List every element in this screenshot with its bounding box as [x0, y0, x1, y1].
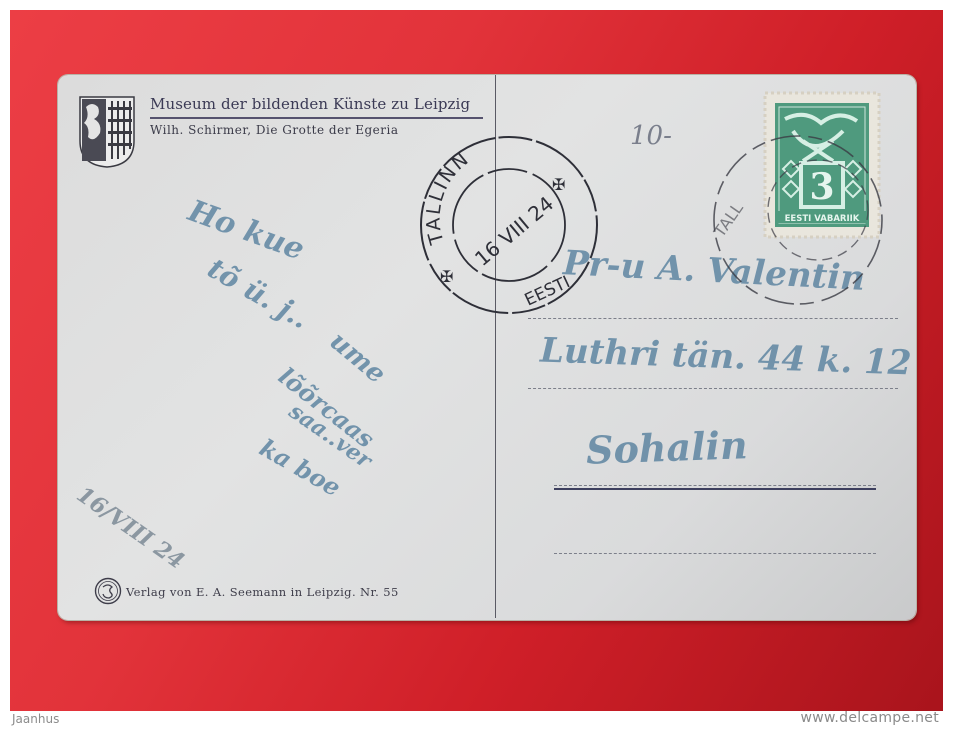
postmark-date: 16 VIII 24 — [470, 191, 558, 270]
address-line-3 — [554, 485, 876, 486]
svg-text:✠: ✠ — [440, 267, 453, 286]
photo-background: Museum der bildenden Künste zu Leipzig W… — [10, 10, 943, 711]
message-date: 16/VIII 24 — [72, 482, 189, 575]
publisher-line: Verlag von E. A. Seemann in Leipzig. Nr.… — [126, 585, 399, 599]
message-line-1: Ho kue — [184, 193, 309, 267]
site-watermark[interactable]: www.delcampe.net — [800, 710, 939, 726]
seller-watermark: Jaanhus — [12, 712, 59, 726]
postcard-subtitle: Wilh. Schirmer, Die Grotte der Egeria — [150, 123, 399, 137]
price-note: 10- — [630, 121, 672, 151]
address-line-1 — [528, 318, 898, 319]
leipzig-crest-icon — [78, 95, 136, 169]
address-line-4 — [554, 553, 876, 554]
svg-text:✠: ✠ — [552, 175, 565, 194]
message-line-3: ume — [324, 326, 392, 389]
address-street: Luthri tän. 44 k. 12 — [539, 331, 912, 384]
address-line-2 — [528, 388, 898, 389]
publisher-logo-icon — [94, 577, 122, 605]
tallinn-postmark: TALLINN 16 VIII 24 EESTI ✠ ✠ — [416, 132, 602, 318]
stamp-cancellation-postmark: TALL — [708, 130, 888, 310]
postcard: Museum der bildenden Künste zu Leipzig W… — [58, 75, 916, 620]
address-underline — [554, 488, 876, 490]
postcard-title: Museum der bildenden Künste zu Leipzig — [150, 95, 470, 113]
address-city: Sohalin — [585, 422, 748, 473]
title-underline — [150, 117, 483, 119]
